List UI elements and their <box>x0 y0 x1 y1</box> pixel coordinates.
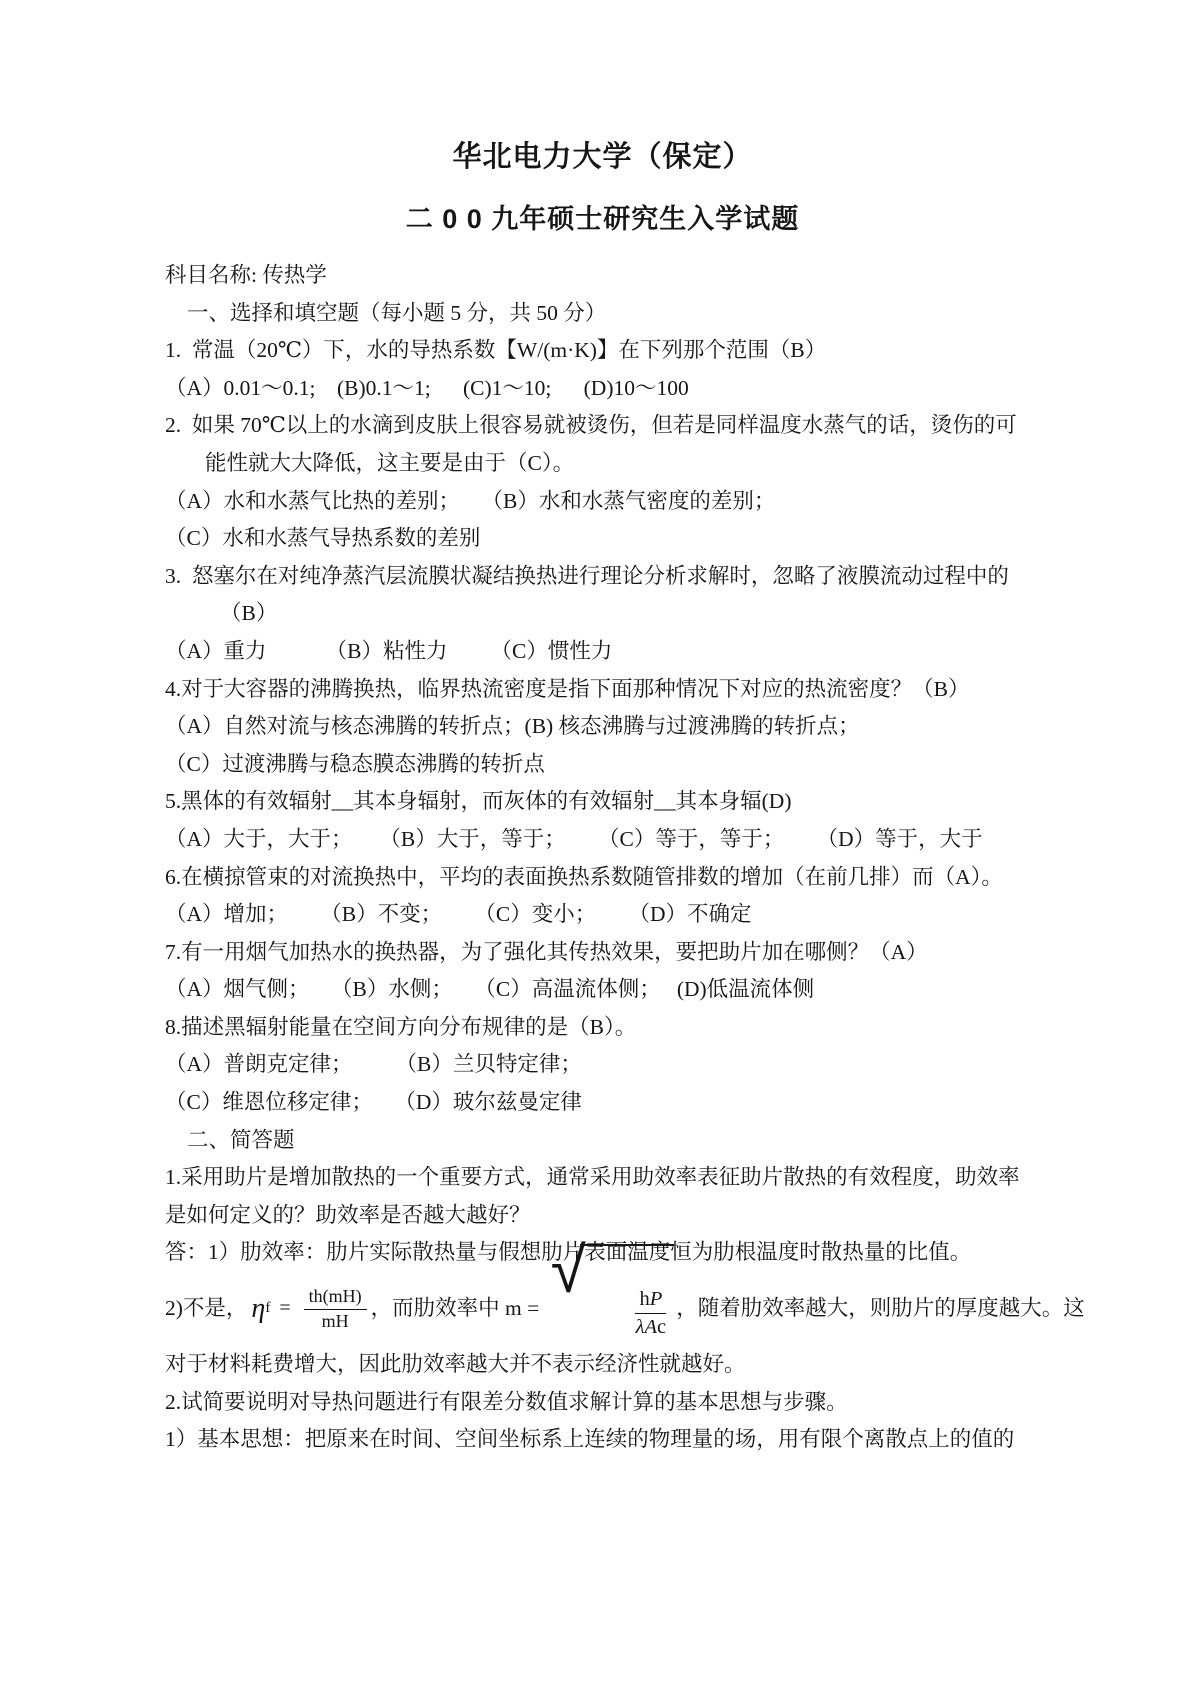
symbol-c: c <box>657 1316 666 1338</box>
s2-q1-answer-formula: 2)不是， ηf = th(mH) mH ，而肋效率中 m = √ hP λAc… <box>165 1272 1040 1346</box>
s1-q2-options-ab: （A）水和水蒸气比热的差别； （B）水和水蒸气密度的差别； <box>165 483 1040 521</box>
fraction-numerator: hP <box>635 1288 666 1313</box>
exam-title: 二 0 0 九年硕士研究生入学试题 <box>165 203 1040 235</box>
s1-q7-stem: 7.有一用烟气加热水的换热器，为了强化其传热效果，要把助片加在哪侧？（A） <box>165 934 1040 972</box>
s1-q6-options: （A）增加； （B）不变； （C）变小； （D）不确定 <box>165 896 1040 934</box>
s1-q2-options-c: （C）水和水蒸气导热系数的差别 <box>165 520 1040 558</box>
section2-heading: 二、简答题 <box>165 1122 1040 1160</box>
s1-q4-options-c: （C）过渡沸腾与稳态膜态沸腾的转折点 <box>165 746 1040 784</box>
subject-line: 科目名称: 传热学 <box>165 257 1040 295</box>
fraction-numerator: th(mH) <box>304 1287 367 1310</box>
fraction-th-mh: th(mH) mH <box>304 1287 367 1332</box>
document-body: 华北电力大学（保定） 二 0 0 九年硕士研究生入学试题 科目名称: 传热学 一… <box>165 0 1040 1459</box>
university-title: 华北电力大学（保定） <box>165 140 1040 174</box>
fraction-denominator: mH <box>304 1310 367 1332</box>
equals-sign: = <box>279 1290 290 1328</box>
s1-q8-stem: 8.描述黑辐射能量在空间方向分布规律的是（B）。 <box>165 1009 1040 1047</box>
symbol-P: P <box>650 1288 663 1310</box>
s2-q1-stem-line2: 是如何定义的？助效率是否越大越好？ <box>165 1197 1040 1235</box>
s1-q3-answer-mark: （B） <box>165 595 1040 633</box>
s2-q2-answer-line1: 1）基本思想：把原来在时间、空间坐标系上连续的物理量的场，用有限个离散点上的值的 <box>165 1421 1040 1459</box>
s1-q2-stem-line1: 2. 如果 70℃以上的水滴到皮肤上很容易就被烫伤，但若是同样温度水蒸气的话，烫… <box>165 407 1040 445</box>
s1-q8-options-cd: （C）维恩位移定律； （D）玻尔兹曼定律 <box>165 1084 1040 1122</box>
fraction-hp-lac: hP λAc <box>635 1288 666 1338</box>
section1-heading: 一、选择和填空题（每小题 5 分，共 50 分） <box>165 295 1040 333</box>
s1-q4-options-ab: （A）自然对流与核态沸腾的转折点；(B) 核态沸腾与过渡沸腾的转折点； <box>165 708 1040 746</box>
formula-suffix: ，随着肋效率越大，则肋片的厚度越大。这 <box>676 1290 1085 1328</box>
s2-q1-stem-line1: 1.采用助片是增加散热的一个重要方式，通常采用助效率表征助片散热的有效程度，助效… <box>165 1159 1040 1197</box>
s1-q2-stem-line2: 能性就大大降低，这主要是由于（C）。 <box>165 445 1040 483</box>
s2-q2-stem: 2.试简要说明对导热问题进行有限差分数值求解计算的基本思想与步骤。 <box>165 1384 1040 1422</box>
s1-q1-stem: 1. 常温（20℃）下，水的导热系数【W/(m·K)】在下列那个范围（B） <box>165 332 1040 370</box>
s1-q4-stem: 4.对于大容器的沸腾换热，临界热流密度是指下面那种情况下对应的热流密度？（B） <box>165 671 1040 709</box>
s1-q3-stem: 3. 怒塞尔在对纯净蒸汽层流膜状凝结换热进行理论分析求解时，忽略了液膜流动过程中… <box>165 558 1040 596</box>
s1-q1-options: （A）0.01～0.1; (B)0.1～1; (C)1～10; (D)10～10… <box>165 370 1040 408</box>
symbol-lambda-A: λA <box>636 1316 657 1338</box>
s1-q3-options: （A）重力 （B）粘性力 （C）惯性力 <box>165 633 1040 671</box>
document-page: 华北电力大学（保定） 二 0 0 九年硕士研究生入学试题 科目名称: 传热学 一… <box>0 0 1190 1683</box>
s1-q5-options: （A）大于，大于； （B）大于，等于； （C）等于，等于； （D）等于，大于 <box>165 821 1040 859</box>
eta-subscript: f <box>265 1290 270 1328</box>
s1-q7-options: （A）烟气侧； （B）水侧； （C）高温流体侧； (D)低温流体侧 <box>165 971 1040 1009</box>
fraction-denominator: λAc <box>635 1313 666 1339</box>
eta-symbol: η <box>251 1295 265 1323</box>
s1-q8-options-ab: （A）普朗克定律； （B）兰贝特定律； <box>165 1046 1040 1084</box>
s2-q1-answer-line2: 对于材料耗费增大，因此肋效率越大并不表示经济性就越好。 <box>165 1346 1040 1384</box>
s1-q5-stem: 5.黑体的有效辐射__其本身辐射，而灰体的有效辐射__其本身辐(D) <box>165 783 1040 821</box>
formula-mid: ，而肋效率中 m = <box>371 1290 545 1328</box>
formula-prefix: 2)不是， <box>165 1290 247 1328</box>
symbol-h: h <box>639 1288 649 1310</box>
s1-q6-stem: 6.在横掠管束的对流换热中，平均的表面换热系数随管排数的增加（在前几排）而（A）… <box>165 859 1040 897</box>
